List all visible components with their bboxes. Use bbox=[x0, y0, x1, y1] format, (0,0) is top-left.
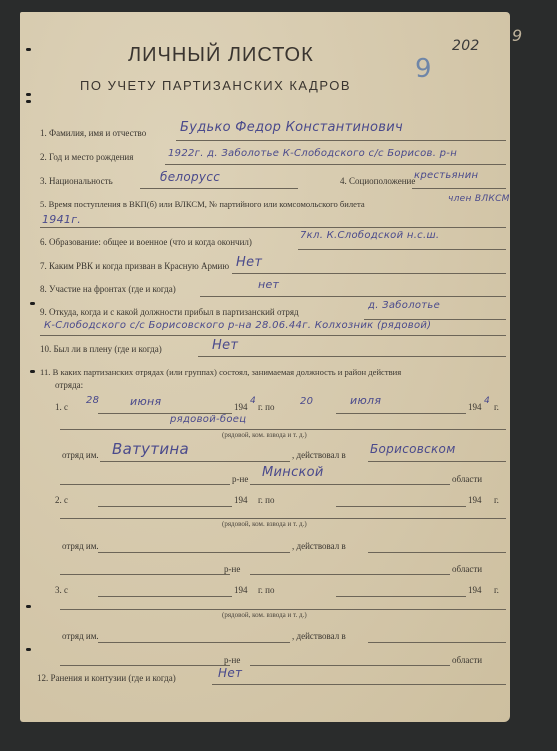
field-value-education[interactable]: 7кл. К.Слободской н.с.ш. bbox=[300, 230, 439, 241]
to-label: г. по bbox=[258, 585, 275, 595]
field-value-party-year[interactable]: 1941г. bbox=[42, 213, 81, 226]
field-label-detachments: 11. В каких партизанских отрядах (или гр… bbox=[40, 367, 401, 377]
unit-number: 3. с bbox=[55, 585, 68, 595]
field-label-origin: 9. Откуда, когда и с какой должности при… bbox=[40, 307, 299, 317]
acted-in-label: , действовал в bbox=[292, 450, 346, 460]
field-label-education: 6. Образование: общее и военное (что и к… bbox=[40, 237, 252, 247]
detachment-label: отряд им. bbox=[62, 631, 99, 641]
to-label: г. по bbox=[258, 402, 275, 412]
field-value-party[interactable]: член ВЛКСМ bbox=[448, 194, 510, 204]
field-label-rvk: 7. Каким РВК и когда призван в Красную А… bbox=[40, 261, 229, 271]
binding-hole bbox=[30, 302, 35, 305]
year-unit: г. bbox=[494, 495, 499, 505]
unit-from-month[interactable]: июня bbox=[130, 395, 161, 408]
year-prefix: 194 bbox=[468, 495, 482, 505]
unit-position[interactable]: рядовой-боец bbox=[170, 414, 246, 425]
acted-in-label: , действовал в bbox=[292, 541, 346, 551]
detachment-label: отряд им. bbox=[62, 450, 99, 460]
field-label-wounds: 12. Ранения и контузии (где и когда) bbox=[37, 673, 176, 683]
field-value-birth[interactable]: 1922г. д. Заболотье К-Слободского с/с Бо… bbox=[168, 148, 457, 159]
field-value-captivity[interactable]: Нет bbox=[212, 338, 238, 353]
unit-to-day[interactable]: 20 bbox=[300, 396, 313, 407]
binding-hole bbox=[26, 605, 31, 608]
document-subtitle: ПО УЧЕТУ ПАРТИЗАНСКИХ КАДРОВ bbox=[80, 78, 351, 93]
annotation-number: 202 bbox=[452, 38, 480, 54]
field-label-detachments-cont: отряда: bbox=[55, 380, 83, 390]
field-label-fronts: 8. Участие на фронтах (где и когда) bbox=[40, 284, 176, 294]
field-value-wounds[interactable]: Нет bbox=[218, 666, 242, 680]
region-suffix: области bbox=[452, 474, 482, 484]
field-value-rvk[interactable]: Нет bbox=[236, 255, 262, 270]
year-prefix: 194 bbox=[234, 495, 248, 505]
year-prefix: 194 bbox=[234, 585, 248, 595]
field-value-fronts[interactable]: нет bbox=[258, 278, 279, 291]
field-label-captivity: 10. Был ли в плену (где и когда) bbox=[40, 344, 162, 354]
position-hint: (рядовой, ком. взвода и т. д.) bbox=[222, 520, 307, 528]
position-hint: (рядовой, ком. взвода и т. д.) bbox=[222, 431, 307, 439]
detachment-label: отряд им. bbox=[62, 541, 99, 551]
district-suffix: р-не bbox=[224, 564, 240, 574]
binding-hole bbox=[26, 48, 31, 51]
unit-number: 2. с bbox=[55, 495, 68, 505]
unit-to-month[interactable]: июля bbox=[350, 394, 381, 407]
year-prefix: 194 bbox=[234, 402, 248, 412]
unit-from-day[interactable]: 28 bbox=[86, 395, 99, 406]
year-prefix: 194 bbox=[468, 585, 482, 595]
unit-from-year[interactable]: 4 bbox=[250, 396, 256, 406]
acted-in-label: , действовал в bbox=[292, 631, 346, 641]
binding-hole bbox=[26, 648, 31, 651]
annotation-number: 9 bbox=[512, 26, 522, 45]
field-label-birth: 2. Год и место рождения bbox=[40, 152, 133, 162]
field-value-origin[interactable]: д. Заболотье bbox=[368, 300, 440, 311]
binding-hole bbox=[26, 100, 31, 103]
field-value-nationality[interactable]: белорусс bbox=[160, 170, 220, 184]
field-value-origin-detail[interactable]: К-Слободского с/с Борисовского р-на 28.0… bbox=[44, 320, 431, 331]
field-label-party: 5. Время поступления в ВКП(б) или ВЛКСМ,… bbox=[40, 199, 365, 209]
field-label-social: 4. Социоположение bbox=[340, 176, 415, 186]
year-unit: г. bbox=[494, 402, 499, 412]
field-label-name: 1. Фамилия, имя и отчество bbox=[40, 128, 146, 138]
district-suffix: р-не bbox=[232, 474, 248, 484]
unit-detachment[interactable]: Ватутина bbox=[112, 440, 189, 458]
year-prefix: 194 bbox=[468, 402, 482, 412]
district-suffix: р-не bbox=[224, 655, 240, 665]
region-suffix: области bbox=[452, 564, 482, 574]
field-value-social[interactable]: крестьянин bbox=[414, 170, 478, 181]
unit-number: 1. с bbox=[55, 402, 68, 412]
to-label: г. по bbox=[258, 495, 275, 505]
year-unit: г. bbox=[494, 585, 499, 595]
field-value-name[interactable]: Будько Федор Константинович bbox=[180, 120, 403, 135]
unit-to-year[interactable]: 4 bbox=[484, 396, 490, 406]
position-hint: (рядовой, ком. взвода и т. д.) bbox=[222, 611, 307, 619]
document-title: ЛИЧНЫЙ ЛИСТОК bbox=[128, 44, 314, 67]
region-suffix: области bbox=[452, 655, 482, 665]
binding-hole bbox=[26, 93, 31, 96]
annotation-number: 9 bbox=[415, 54, 432, 84]
binding-hole bbox=[30, 370, 35, 373]
field-label-nationality: 3. Национальность bbox=[40, 176, 113, 186]
unit-district[interactable]: Борисовском bbox=[370, 442, 456, 456]
unit-region[interactable]: Минской bbox=[262, 465, 324, 480]
